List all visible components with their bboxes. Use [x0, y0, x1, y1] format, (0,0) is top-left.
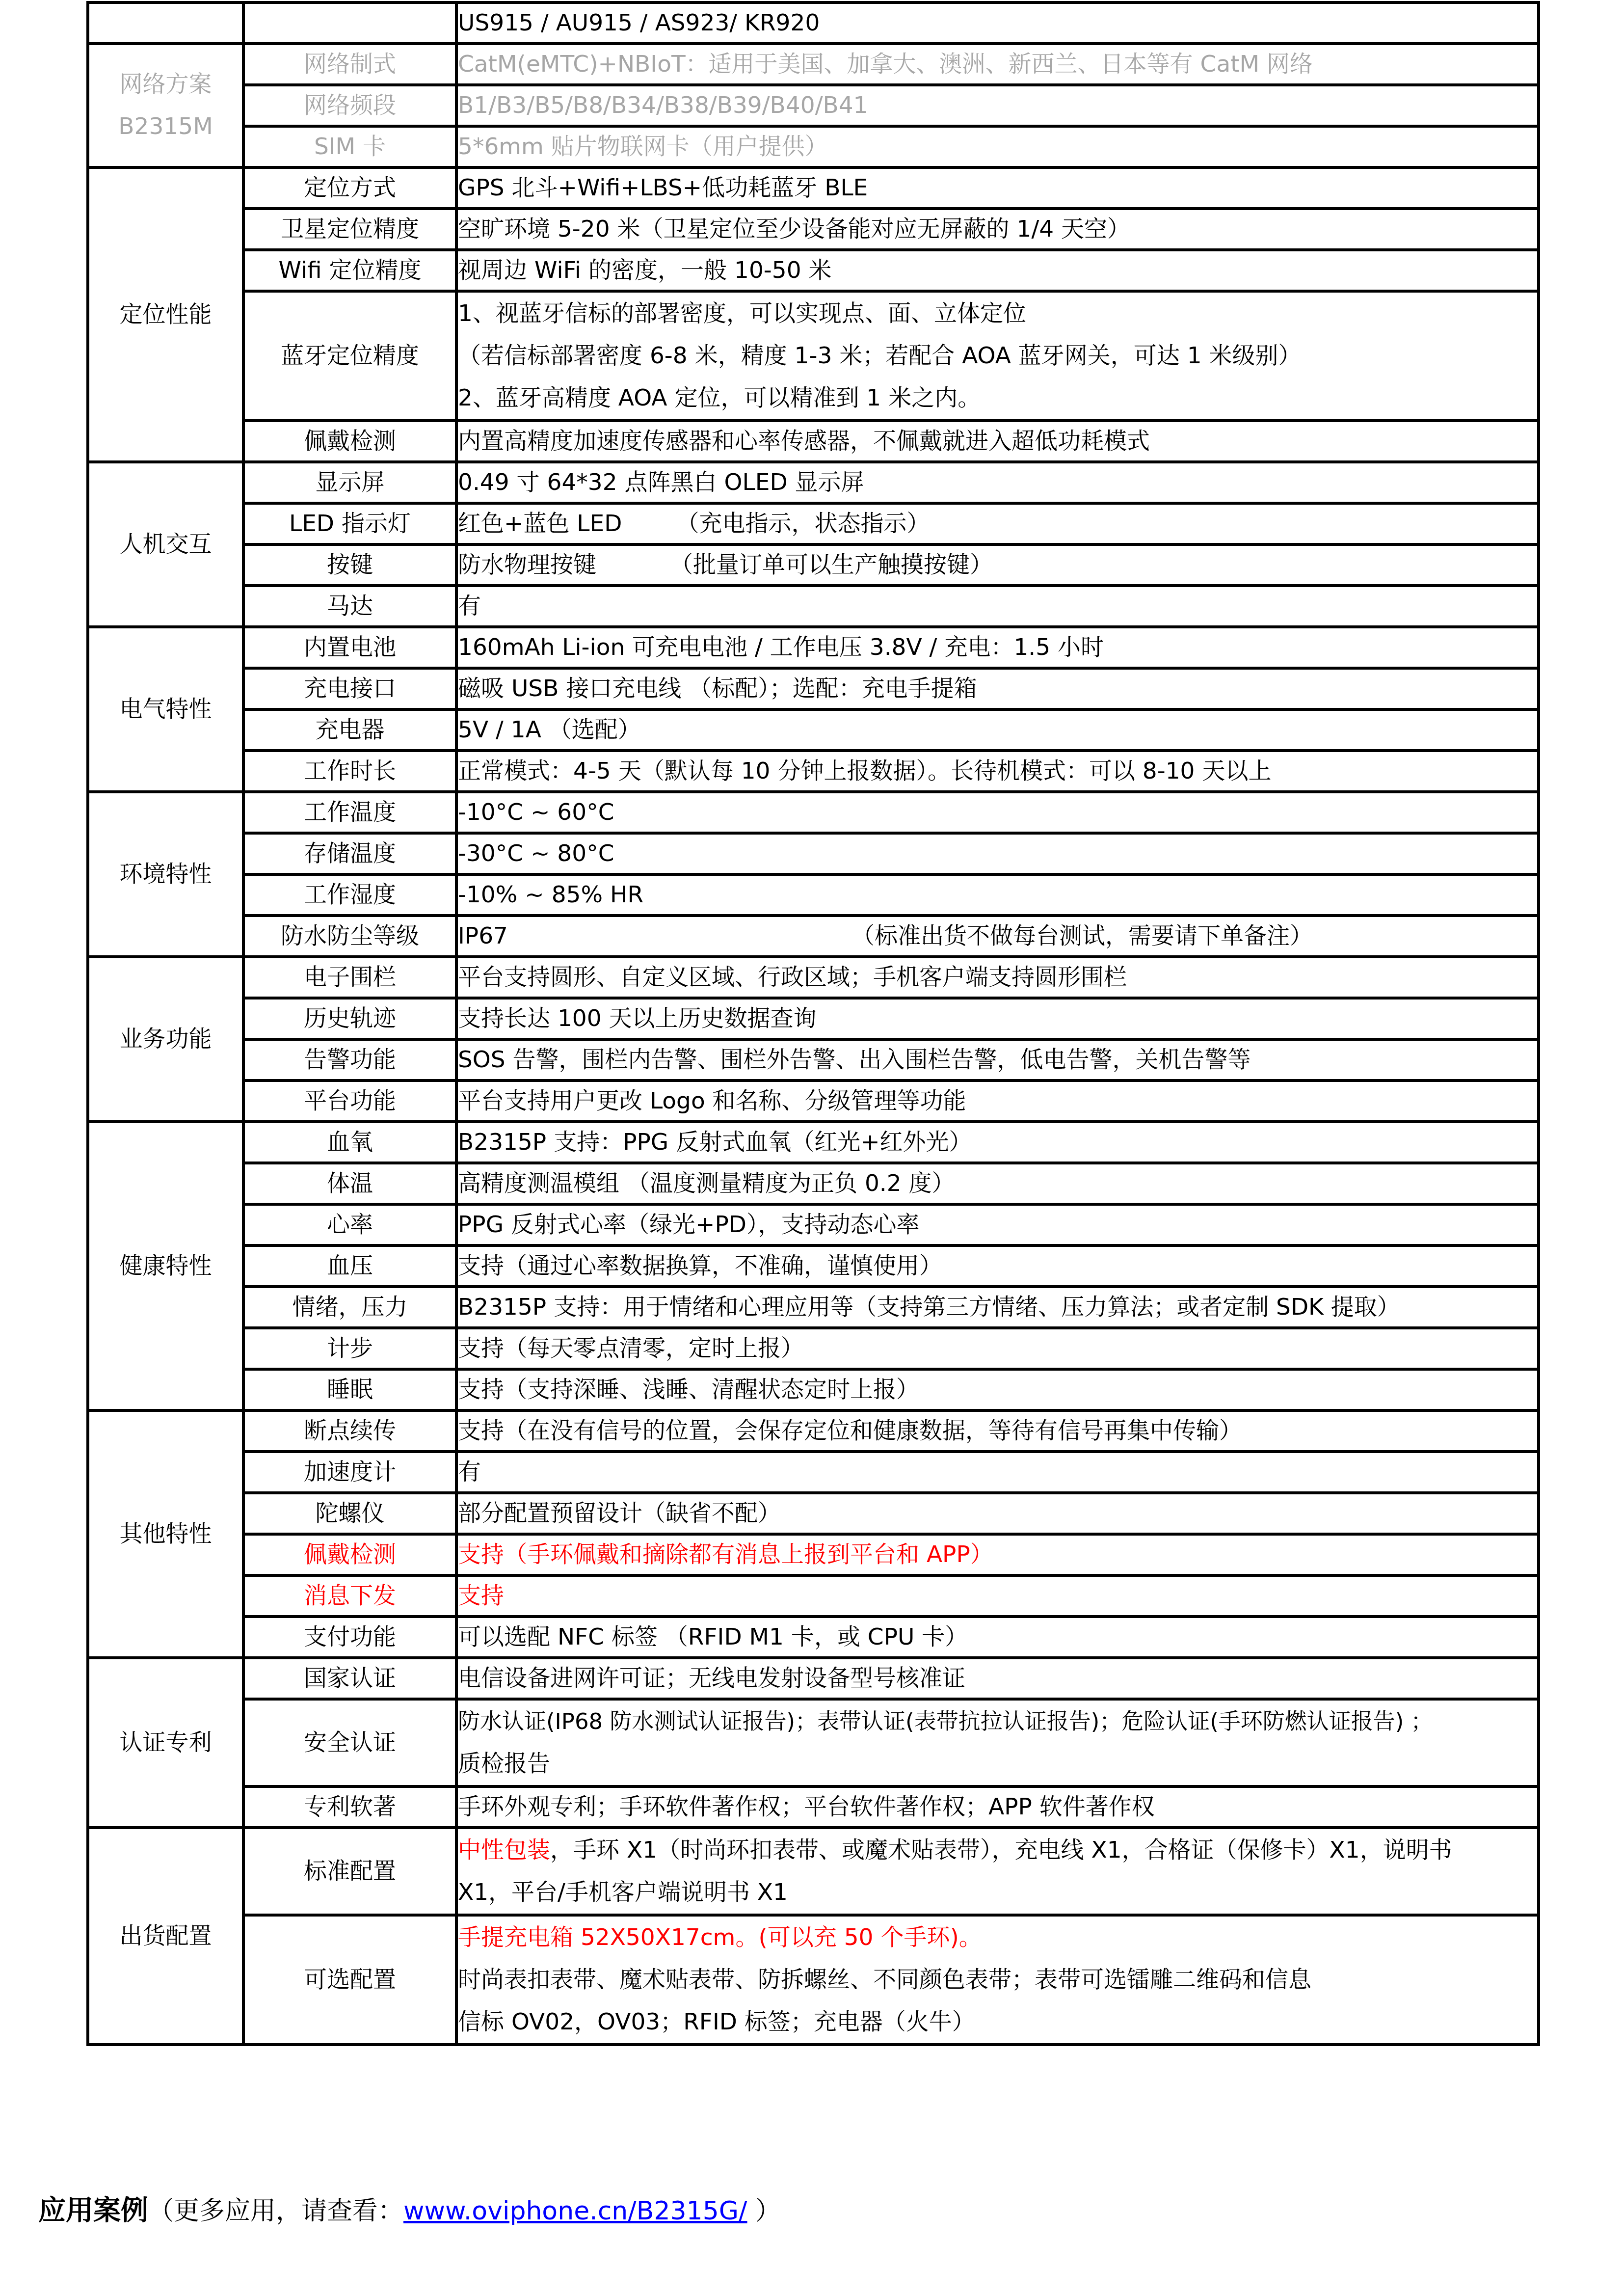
table-row: 安全认证 防水认证(IP68 防水测试认证报告)；表带认证(表带抗拉认证报告)；… [88, 1699, 1539, 1786]
row-value: 5*6mm 贴片物联网卡（用户提供） [456, 126, 1539, 167]
row-label: 网络制式 [243, 44, 456, 85]
row-value: 手提充电箱 52X50X17cm。(可以充 50 个手环)。 时尚表扣表带、魔术… [456, 1915, 1539, 2045]
value-line: 1、视蓝牙信标的部署密度，可以实现点、面、立体定位 [458, 293, 1537, 335]
row-value: 支持 [456, 1575, 1539, 1617]
row-label: 佩戴检测 [243, 1534, 456, 1575]
frequency-bands: US915 / AU915 / AS923/ KR920 [456, 2, 1539, 44]
value-note: （批量订单可以生产触摸按键） [670, 551, 993, 578]
row-value: B2315P 支持：PPG 反射式血氧（红光+红外光） [456, 1122, 1539, 1163]
row-label: Wifi 定位精度 [243, 250, 456, 291]
table-row: 工作时长 正常模式：4-5 天（默认每 10 分钟上报数据）。长待机模式：可以 … [88, 751, 1539, 792]
table-row: 人机交互 显示屏 0.49 寸 64*32 点阵黑白 OLED 显示屏 [88, 462, 1539, 503]
empty-cell [243, 2, 456, 44]
row-value: 支持（在没有信号的位置，会保存定位和健康数据，等待有信号再集中传输） [456, 1410, 1539, 1452]
row-label: 定位方式 [243, 167, 456, 209]
row-label: 充电接口 [243, 668, 456, 709]
value-line: （若信标部署密度 6-8 米，精度 1-3 米；若配合 AOA 蓝牙网关，可达 … [458, 335, 1537, 377]
row-value: 红色+蓝色 LED（充电指示，状态指示） [456, 503, 1539, 544]
row-value: 磁吸 USB 接口充电线 （标配）；选配：充电手提箱 [456, 668, 1539, 709]
row-label: 国家认证 [243, 1658, 456, 1699]
row-value: -10°C ~ 60°C [456, 792, 1539, 833]
row-value: 5V / 1A （选配） [456, 709, 1539, 751]
row-label: 可选配置 [243, 1915, 456, 2045]
table-row: 防水防尘等级 IP67（标准出货不做每台测试，需要请下单备注） [88, 916, 1539, 957]
row-label: 陀螺仪 [243, 1493, 456, 1534]
row-label: 按键 [243, 544, 456, 586]
table-row: 按键 防水物理按键（批量订单可以生产触摸按键） [88, 544, 1539, 586]
category-health: 健康特性 [88, 1122, 243, 1410]
value-line: 2、蓝牙高精度 AOA 定位，可以精准到 1 米之内。 [458, 377, 1537, 419]
category-network: 网络方案 B2315M [88, 44, 243, 167]
table-row: 平台功能 平台支持用户更改 Logo 和名称、分级管理等功能 [88, 1080, 1539, 1122]
table-row: 电气特性 内置电池 160mAh Li-ion 可充电电池 / 工作电压 3.8… [88, 627, 1539, 668]
table-row: 体温 高精度测温模组 （温度测量精度为正负 0.2 度） [88, 1163, 1539, 1204]
row-label: 充电器 [243, 709, 456, 751]
row-value: 160mAh Li-ion 可充电电池 / 工作电压 3.8V / 充电：1.5… [456, 627, 1539, 668]
row-value: 支持（支持深睡、浅睡、清醒状态定时上报） [456, 1369, 1539, 1410]
row-value: 部分配置预留设计（缺省不配） [456, 1493, 1539, 1534]
row-label: 工作温度 [243, 792, 456, 833]
row-label: 心率 [243, 1204, 456, 1245]
table-row: 健康特性 血氧 B2315P 支持：PPG 反射式血氧（红光+红外光） [88, 1122, 1539, 1163]
table-row: 其他特性 断点续传 支持（在没有信号的位置，会保存定位和健康数据，等待有信号再集… [88, 1410, 1539, 1452]
table-row: 出货配置 标准配置 中性包装，手环 X1（时尚环扣表带、或魔术贴表带），充电线 … [88, 1828, 1539, 1915]
row-label: 电子围栏 [243, 957, 456, 998]
row-value: 0.49 寸 64*32 点阵黑白 OLED 显示屏 [456, 462, 1539, 503]
row-value: 中性包装，手环 X1（时尚环扣表带、或魔术贴表带），充电线 X1，合格证（保修卡… [456, 1828, 1539, 1915]
table-row: 消息下发 支持 [88, 1575, 1539, 1617]
row-label: 马达 [243, 586, 456, 627]
table-row: 支付功能 可以选配 NFC 标签 （RFID M1 卡，或 CPU 卡） [88, 1617, 1539, 1658]
section-title: 应用案例 [38, 2194, 148, 2226]
row-label: 历史轨迹 [243, 998, 456, 1039]
category-other: 其他特性 [88, 1410, 243, 1658]
row-value: 正常模式：4-5 天（默认每 10 分钟上报数据）。长待机模式：可以 8-10 … [456, 751, 1539, 792]
row-value: 空旷环境 5-20 米（卫星定位至少设备能对应无屏蔽的 1/4 天空） [456, 209, 1539, 250]
category-shipping: 出货配置 [88, 1828, 243, 2045]
table-row: 可选配置 手提充电箱 52X50X17cm。(可以充 50 个手环)。 时尚表扣… [88, 1915, 1539, 2045]
value-text: IP67 [458, 922, 508, 949]
row-label: SIM 卡 [243, 126, 456, 167]
row-label: 计步 [243, 1328, 456, 1369]
category-electrical: 电气特性 [88, 627, 243, 792]
table-row: LED 指示灯 红色+蓝色 LED（充电指示，状态指示） [88, 503, 1539, 544]
value-line: 时尚表扣表带、魔术贴表带、防拆螺丝、不同颜色表带；表带可选镭雕二维码和信息 [458, 1959, 1537, 2001]
table-row: 充电器 5V / 1A （选配） [88, 709, 1539, 751]
table-row: 存储温度 -30°C ~ 80°C [88, 833, 1539, 874]
table-row: 计步 支持（每天零点清零，定时上报） [88, 1328, 1539, 1369]
row-label: 内置电池 [243, 627, 456, 668]
value-line: 手提充电箱 52X50X17cm。(可以充 50 个手环)。 [458, 1917, 1537, 1959]
more-applications-link[interactable]: www.oviphone.cn/B2315G/ [403, 2196, 747, 2226]
empty-cell [88, 2, 243, 44]
category-label: 网络方案 [89, 63, 242, 106]
row-value: 高精度测温模组 （温度测量精度为正负 0.2 度） [456, 1163, 1539, 1204]
row-label: 告警功能 [243, 1039, 456, 1080]
table-row: 网络方案 B2315M 网络制式 CatM(eMTC)+NBIoT：适用于美国、… [88, 44, 1539, 85]
row-value: 1、视蓝牙信标的部署密度，可以实现点、面、立体定位 （若信标部署密度 6-8 米… [456, 291, 1539, 421]
table-row: Wifi 定位精度 视周边 WiFi 的密度，一般 10-50 米 [88, 250, 1539, 291]
row-value: 内置高精度加速度传感器和心率传感器，不佩戴就进入超低功耗模式 [456, 421, 1539, 462]
footer-prefix: （更多应用，请查看： [148, 2196, 403, 2226]
table-row: 心率 PPG 反射式心率（绿光+PD），支持动态心率 [88, 1204, 1539, 1245]
category-model: B2315M [89, 106, 242, 148]
row-label: 显示屏 [243, 462, 456, 503]
row-value: 支持长达 100 天以上历史数据查询 [456, 998, 1539, 1039]
category-environment: 环境特性 [88, 792, 243, 957]
value-line: 中性包装，手环 X1（时尚环扣表带、或魔术贴表带），充电线 X1，合格证（保修卡… [458, 1829, 1537, 1871]
table-row: 认证专利 国家认证 电信设备进网许可证；无线电发射设备型号核准证 [88, 1658, 1539, 1699]
table-row: 网络频段 B1/B3/B5/B8/B34/B38/B39/B40/B41 [88, 85, 1539, 126]
table-row: 工作湿度 -10% ~ 85% HR [88, 874, 1539, 916]
table-row: 陀螺仪 部分配置预留设计（缺省不配） [88, 1493, 1539, 1534]
footer-suffix: ） [747, 2196, 781, 2226]
row-label: 支付功能 [243, 1617, 456, 1658]
table-row: 专利软著 手环外观专利；手环软件著作权；平台软件著作权；APP 软件著作权 [88, 1786, 1539, 1828]
row-value: 视周边 WiFi 的密度，一般 10-50 米 [456, 250, 1539, 291]
table-row: 佩戴检测 支持（手环佩戴和摘除都有消息上报到平台和 APP） [88, 1534, 1539, 1575]
row-label: 情绪，压力 [243, 1287, 456, 1328]
table-row: US915 / AU915 / AS923/ KR920 [88, 2, 1539, 44]
table-row: 告警功能 SOS 告警，围栏内告警、围栏外告警、出入围栏告警，低电告警，关机告警… [88, 1039, 1539, 1080]
row-label: 血压 [243, 1245, 456, 1287]
table-row: 加速度计 有 [88, 1452, 1539, 1493]
row-value: 可以选配 NFC 标签 （RFID M1 卡，或 CPU 卡） [456, 1617, 1539, 1658]
row-value: 支持（通过心率数据换算，不准确，谨慎使用） [456, 1245, 1539, 1287]
row-value: CatM(eMTC)+NBIoT：适用于美国、加拿大、澳洲、新西兰、日本等有 C… [456, 44, 1539, 85]
row-label: 标准配置 [243, 1828, 456, 1915]
row-label: 工作湿度 [243, 874, 456, 916]
neutral-packaging-highlight: 中性包装 [458, 1837, 550, 1864]
table-row: 环境特性 工作温度 -10°C ~ 60°C [88, 792, 1539, 833]
table-row: 马达 有 [88, 586, 1539, 627]
row-value: 支持（每天零点清零，定时上报） [456, 1328, 1539, 1369]
table-row: 定位性能 定位方式 GPS 北斗+Wifi+LBS+低功耗蓝牙 BLE [88, 167, 1539, 209]
category-business: 业务功能 [88, 957, 243, 1122]
row-label: 蓝牙定位精度 [243, 291, 456, 421]
value-line: X1，平台/手机客户端说明书 X1 [458, 1871, 1537, 1914]
row-label: 网络频段 [243, 85, 456, 126]
row-value: IP67（标准出货不做每台测试，需要请下单备注） [456, 916, 1539, 957]
row-label: 工作时长 [243, 751, 456, 792]
table-row: 佩戴检测 内置高精度加速度传感器和心率传感器，不佩戴就进入超低功耗模式 [88, 421, 1539, 462]
row-label: 佩戴检测 [243, 421, 456, 462]
row-value: 防水认证(IP68 防水测试认证报告)；表带认证(表带抗拉认证报告)；危险认证(… [456, 1699, 1539, 1786]
row-value: -10% ~ 85% HR [456, 874, 1539, 916]
table-row: 蓝牙定位精度 1、视蓝牙信标的部署密度，可以实现点、面、立体定位 （若信标部署密… [88, 291, 1539, 421]
table-row: SIM 卡 5*6mm 贴片物联网卡（用户提供） [88, 126, 1539, 167]
value-note: （充电指示，状态指示） [676, 510, 930, 537]
row-value: 有 [456, 1452, 1539, 1493]
row-label: 睡眠 [243, 1369, 456, 1410]
row-value: B2315P 支持：用于情绪和心理应用等（支持第三方情绪、压力算法；或者定制 S… [456, 1287, 1539, 1328]
table-row: 历史轨迹 支持长达 100 天以上历史数据查询 [88, 998, 1539, 1039]
value-line: 质检报告 [458, 1743, 1537, 1785]
row-label: 体温 [243, 1163, 456, 1204]
row-value: 平台支持圆形、自定义区域、行政区域；手机客户端支持圆形围栏 [456, 957, 1539, 998]
value-line: 防水认证(IP68 防水测试认证报告)；表带认证(表带抗拉认证报告)；危险认证(… [458, 1701, 1537, 1743]
value-note: （标准出货不做每台测试，需要请下单备注） [851, 922, 1313, 949]
row-value: -30°C ~ 80°C [456, 833, 1539, 874]
table-row: 血压 支持（通过心率数据换算，不准确，谨慎使用） [88, 1245, 1539, 1287]
category-hmi: 人机交互 [88, 462, 243, 627]
row-label: 断点续传 [243, 1410, 456, 1452]
row-label: 防水防尘等级 [243, 916, 456, 957]
row-label: 加速度计 [243, 1452, 456, 1493]
row-value: GPS 北斗+Wifi+LBS+低功耗蓝牙 BLE [456, 167, 1539, 209]
row-label: 安全认证 [243, 1699, 456, 1786]
row-value: B1/B3/B5/B8/B34/B38/B39/B40/B41 [456, 85, 1539, 126]
row-value: 防水物理按键（批量订单可以生产触摸按键） [456, 544, 1539, 586]
row-value: SOS 告警，围栏内告警、围栏外告警、出入围栏告警，低电告警，关机告警等 [456, 1039, 1539, 1080]
spec-table: US915 / AU915 / AS923/ KR920 网络方案 B2315M… [86, 1, 1540, 2046]
table-row: 睡眠 支持（支持深睡、浅睡、清醒状态定时上报） [88, 1369, 1539, 1410]
row-value: 平台支持用户更改 Logo 和名称、分级管理等功能 [456, 1080, 1539, 1122]
row-value: 电信设备进网许可证；无线电发射设备型号核准证 [456, 1658, 1539, 1699]
value-text: 防水物理按键 [458, 551, 596, 578]
row-label: 平台功能 [243, 1080, 456, 1122]
category-certification: 认证专利 [88, 1658, 243, 1828]
row-value: 支持（手环佩戴和摘除都有消息上报到平台和 APP） [456, 1534, 1539, 1575]
row-label: 卫星定位精度 [243, 209, 456, 250]
category-positioning: 定位性能 [88, 167, 243, 462]
table-row: 充电接口 磁吸 USB 接口充电线 （标配）；选配：充电手提箱 [88, 668, 1539, 709]
row-label: 消息下发 [243, 1575, 456, 1617]
value-line: 信标 OV02，OV03；RFID 标签；充电器（火牛） [458, 2001, 1537, 2043]
application-cases-heading: 应用案例（更多应用，请查看：www.oviphone.cn/B2315G/ ） [38, 2193, 781, 2228]
value-text: 红色+蓝色 LED [458, 510, 622, 537]
row-value: 有 [456, 586, 1539, 627]
row-value: 手环外观专利；手环软件著作权；平台软件著作权；APP 软件著作权 [456, 1786, 1539, 1828]
table-row: 业务功能 电子围栏 平台支持圆形、自定义区域、行政区域；手机客户端支持圆形围栏 [88, 957, 1539, 998]
row-label: LED 指示灯 [243, 503, 456, 544]
row-value: PPG 反射式心率（绿光+PD），支持动态心率 [456, 1204, 1539, 1245]
row-label: 血氧 [243, 1122, 456, 1163]
table-row: 卫星定位精度 空旷环境 5-20 米（卫星定位至少设备能对应无屏蔽的 1/4 天… [88, 209, 1539, 250]
value-text: ，手环 X1（时尚环扣表带、或魔术贴表带），充电线 X1，合格证（保修卡）X1，… [550, 1837, 1452, 1864]
row-label: 专利软著 [243, 1786, 456, 1828]
row-label: 存储温度 [243, 833, 456, 874]
table-row: 情绪，压力 B2315P 支持：用于情绪和心理应用等（支持第三方情绪、压力算法；… [88, 1287, 1539, 1328]
